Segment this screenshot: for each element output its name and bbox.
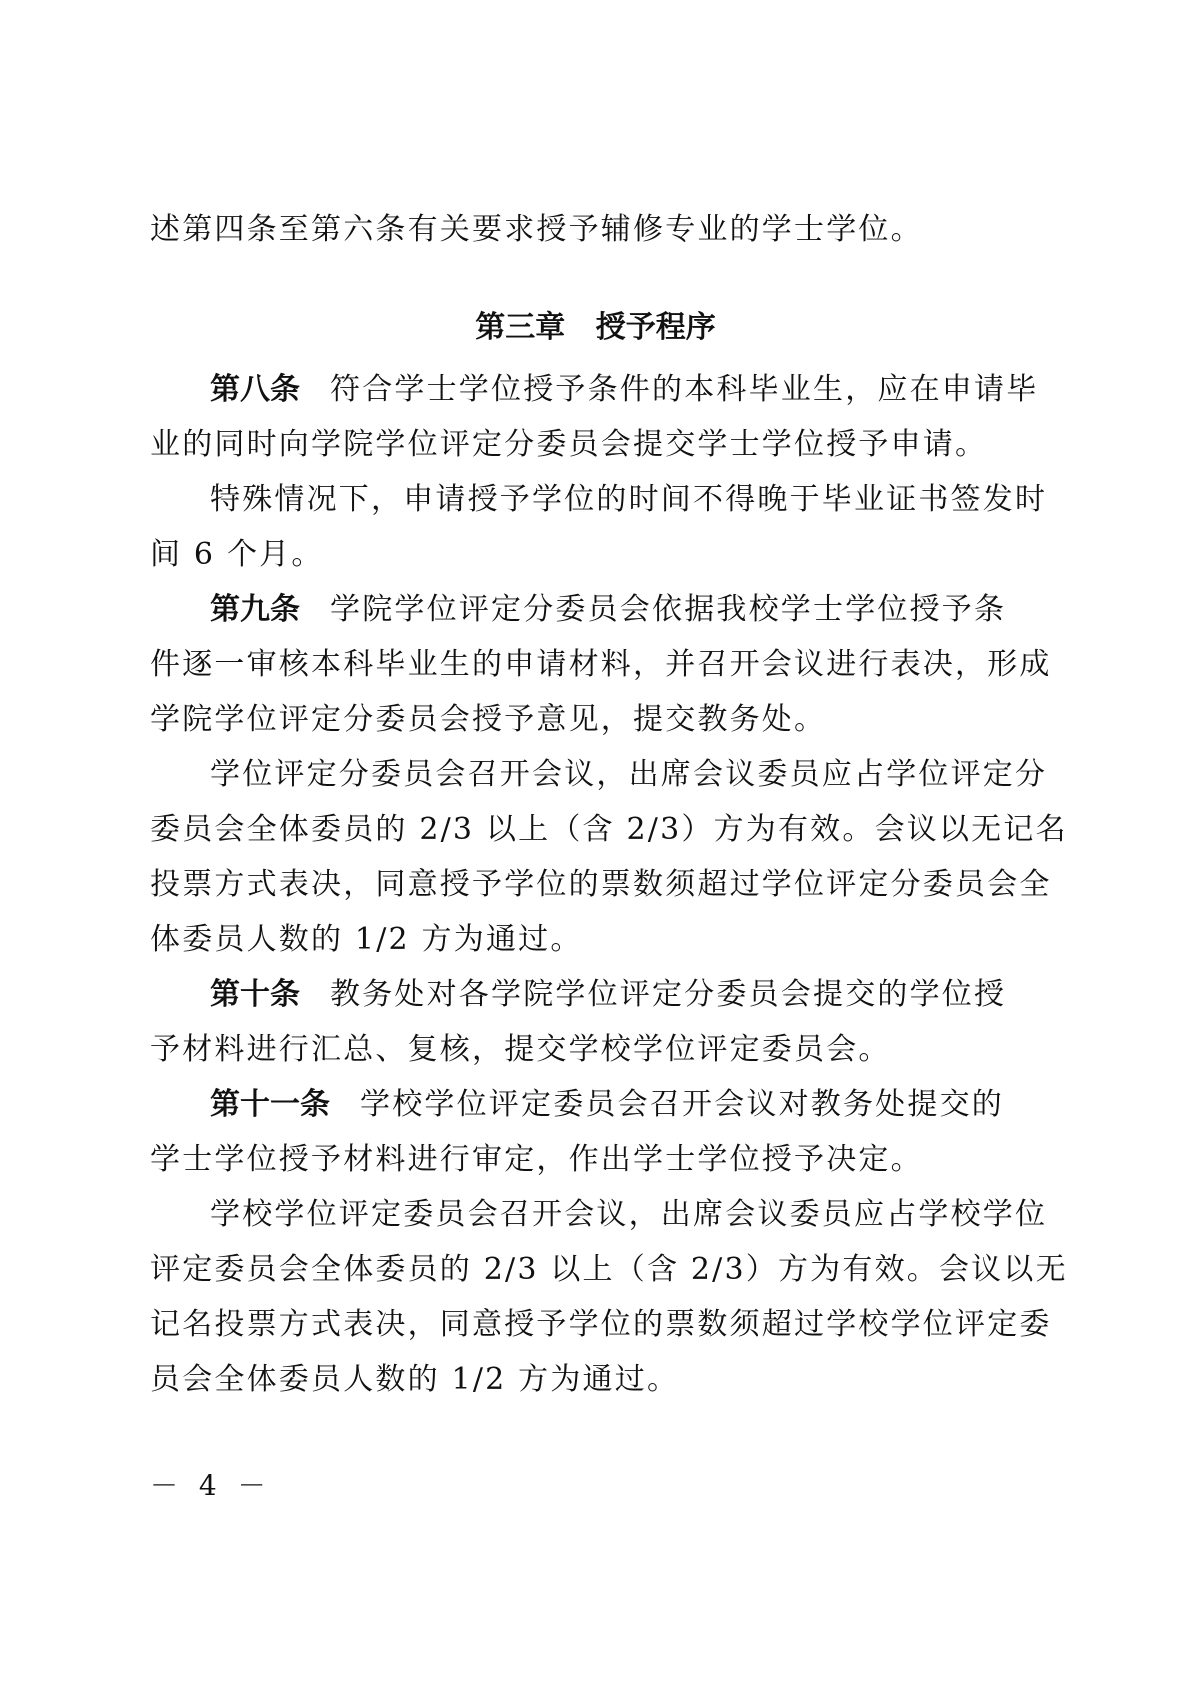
article-text: 学校学位评定委员会召开会议对教务处提交的 [360, 1087, 1004, 1122]
article-10-line-1: 第十条教务处对各学院学位评定分委员会提交的学位授 [210, 975, 1030, 1015]
article-9-line-3: 学院学位评定分委员会授予意见，提交教务处。 [150, 700, 1030, 740]
article-11-para-line-1: 学校学位评定委员会召开会议，出席会议委员应占学校学位 [210, 1195, 1030, 1235]
article-8-para-line-2: 间 6 个月。 [150, 535, 1030, 575]
article-9-para-line-4: 体委员人数的 1/2 方为通过。 [150, 920, 1030, 960]
article-9-line-2: 件逐一审核本科毕业生的申请材料，并召开会议进行表决，形成 [150, 645, 1030, 685]
article-8-line-2: 业的同时向学院学位评定分委员会提交学士学位授予申请。 [150, 425, 1030, 465]
article-label: 第八条 [210, 372, 300, 407]
chapter-heading: 第三章 授予程序 [0, 308, 1191, 348]
chapter-number: 第三章 [475, 310, 565, 345]
article-11-para-line-3: 记名投票方式表决，同意授予学位的票数须超过学校学位评定委 [150, 1305, 1030, 1345]
article-9-para-line-1: 学位评定分委员会召开会议，出席会议委员应占学位评定分 [210, 755, 1030, 795]
article-10-line-2: 予材料进行汇总、复核，提交学校学位评定委员会。 [150, 1030, 1030, 1070]
article-11-para-line-2: 评定委员会全体委员的 2/3 以上（含 2/3）方为有效。会议以无 [150, 1250, 1030, 1290]
article-label: 第九条 [210, 592, 300, 627]
document-page: 述第四条至第六条有关要求授予辅修专业的学士学位。 第三章 授予程序 第八条符合学… [0, 0, 1191, 1684]
chapter-title: 授予程序 [596, 310, 716, 345]
article-9-para-line-2: 委员会全体委员的 2/3 以上（含 2/3）方为有效。会议以无记名 [150, 810, 1030, 850]
article-9-line-1: 第九条学院学位评定分委员会依据我校学士学位授予条 [210, 590, 1030, 630]
article-11-line-2: 学士学位授予材料进行审定，作出学士学位授予决定。 [150, 1140, 1030, 1180]
article-text: 教务处对各学院学位评定分委员会提交的学位授 [330, 977, 1006, 1012]
article-text: 学院学位评定分委员会依据我校学士学位授予条 [330, 592, 1006, 627]
article-label: 第十一条 [210, 1087, 330, 1122]
article-8-line-1: 第八条符合学士学位授予条件的本科毕业生，应在申请毕 [210, 370, 1030, 410]
article-8-para-line-1: 特殊情况下，申请授予学位的时间不得晚于毕业证书签发时 [210, 480, 1030, 520]
page-number: － 4 － [150, 1468, 272, 1504]
article-text: 符合学士学位授予条件的本科毕业生，应在申请毕 [330, 372, 1038, 407]
article-9-para-line-3: 投票方式表决，同意授予学位的票数须超过学位评定分委员会全 [150, 865, 1030, 905]
article-label: 第十条 [210, 977, 300, 1012]
article-11-line-1: 第十一条学校学位评定委员会召开会议对教务处提交的 [210, 1085, 1030, 1125]
continuation-line: 述第四条至第六条有关要求授予辅修专业的学士学位。 [150, 210, 1030, 250]
article-11-para-line-4: 员会全体委员人数的 1/2 方为通过。 [150, 1360, 1030, 1400]
